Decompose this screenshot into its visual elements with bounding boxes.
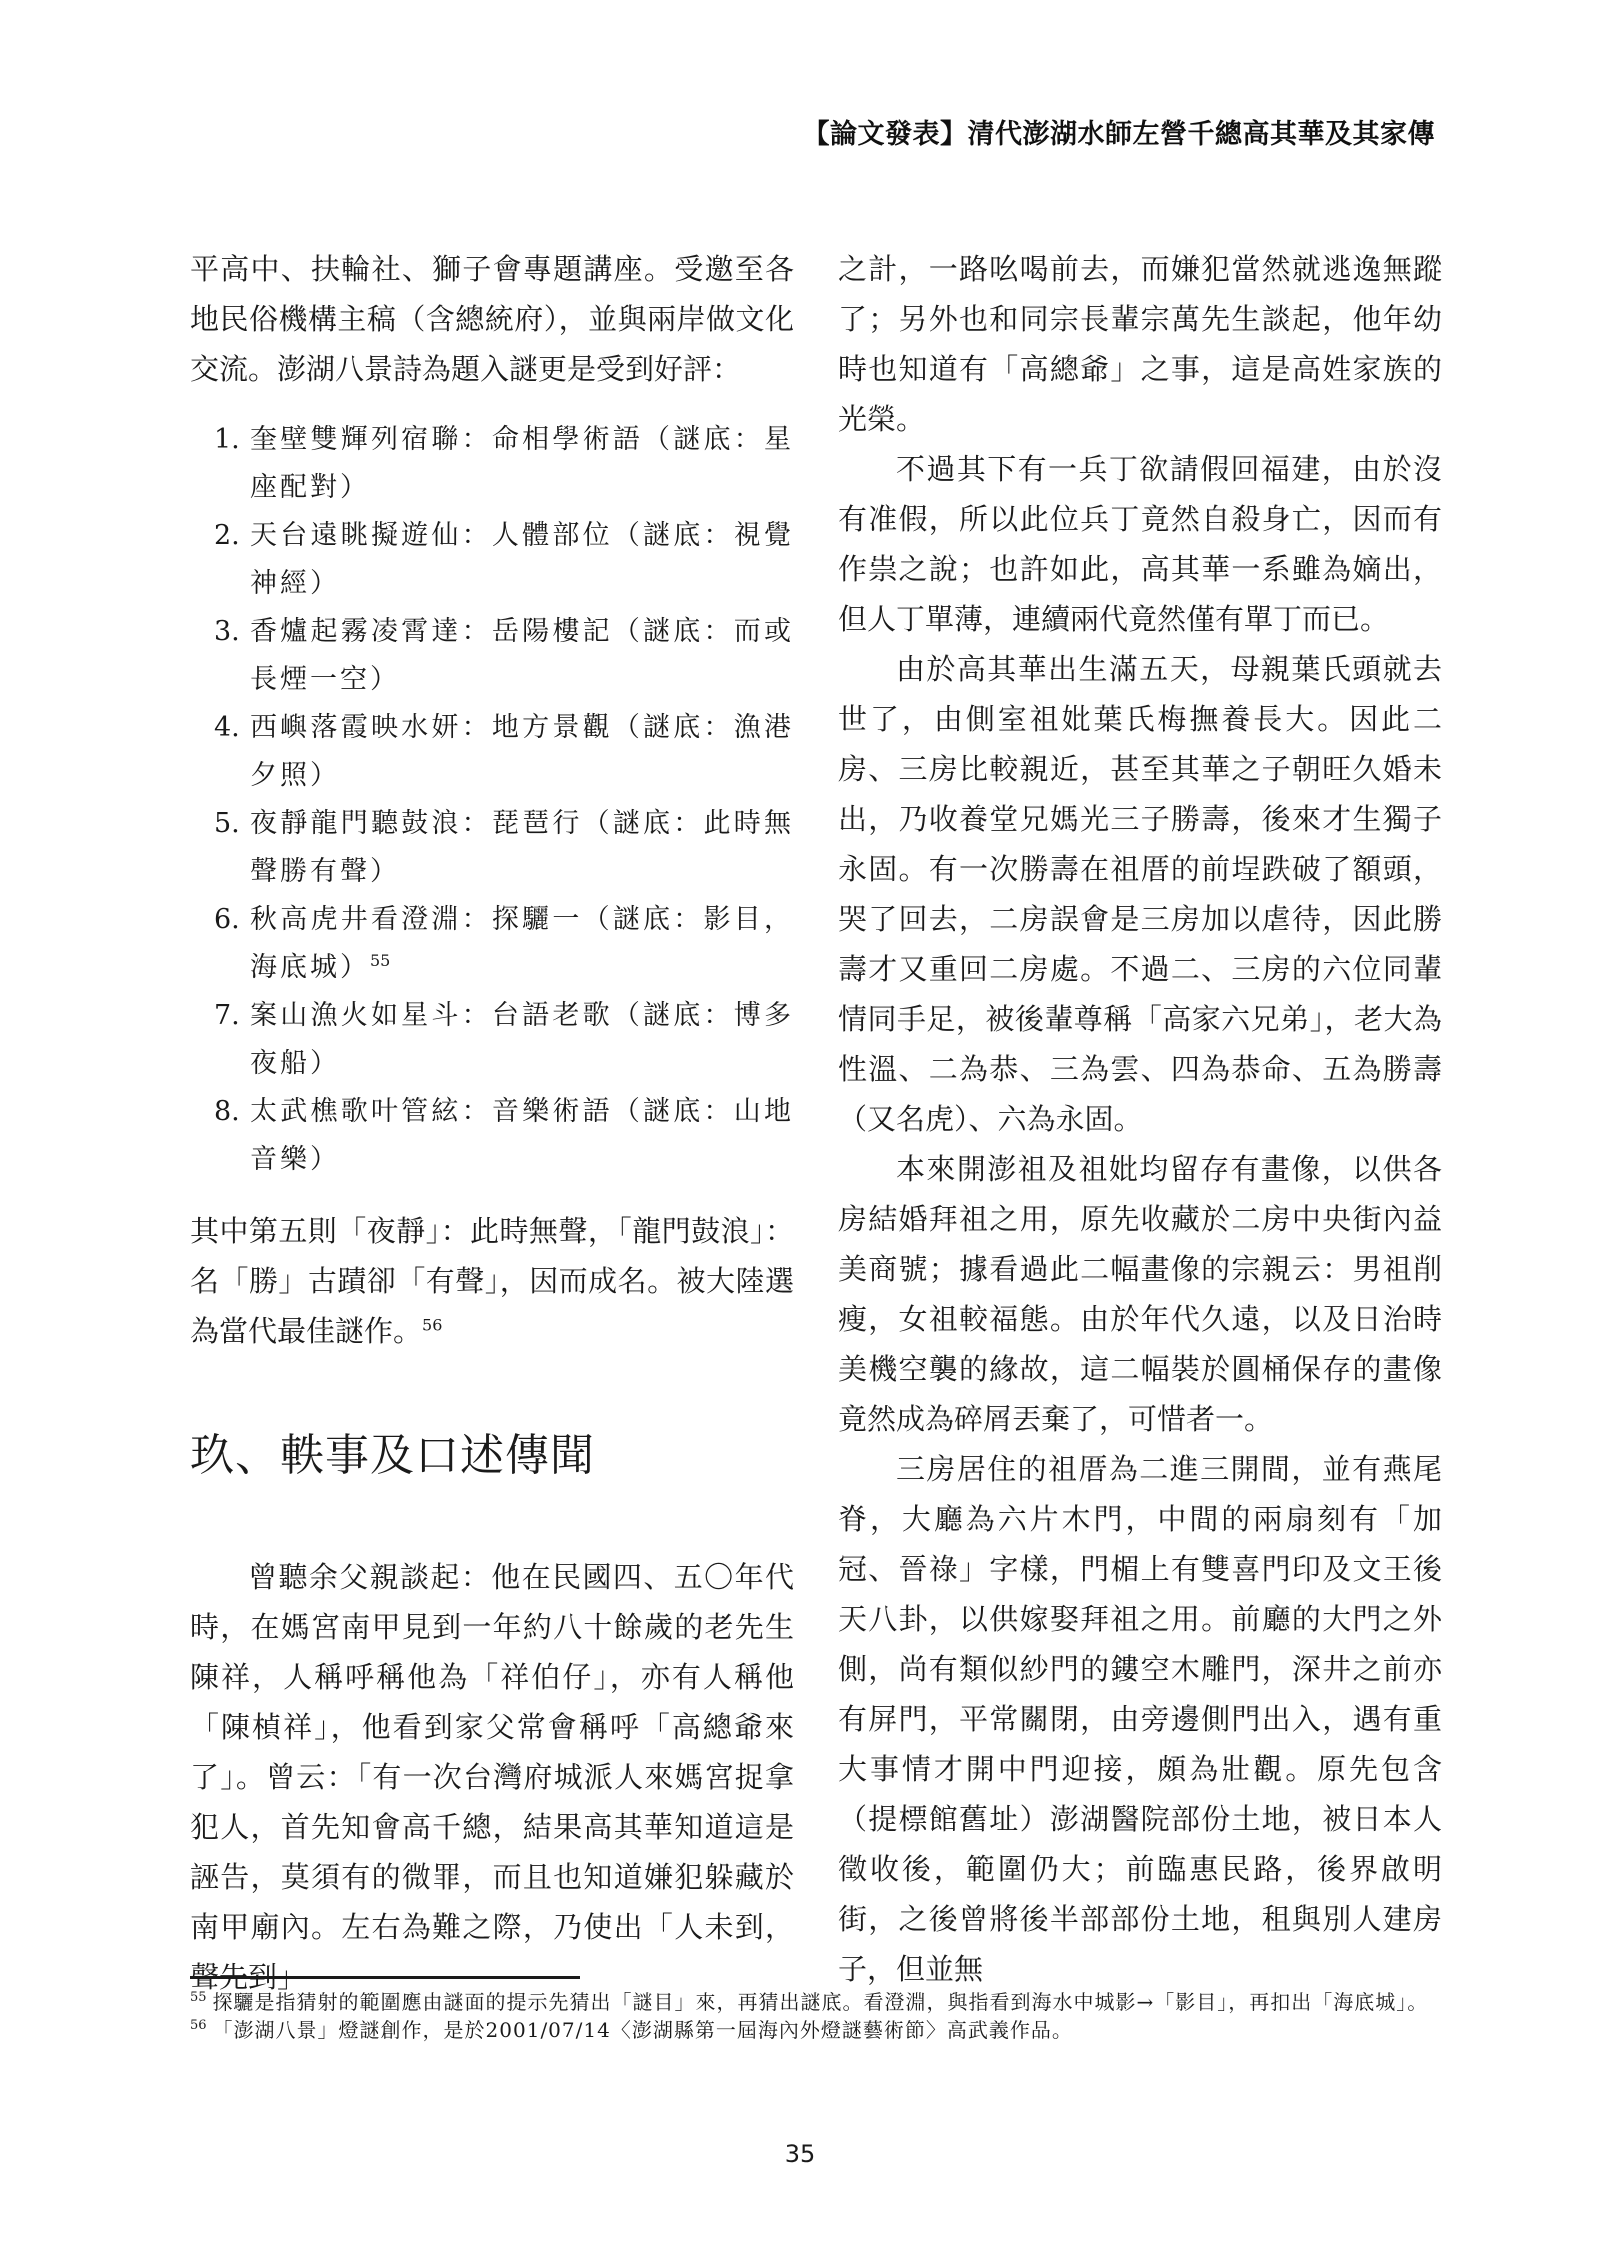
body-paragraph: 不過其下有一兵丁欲請假回福建，由於沒有准假，所以此位兵丁竟然自殺身亡，因而有作祟… bbox=[838, 444, 1442, 644]
footnotes: 55探驪是指猜射的範圍應由謎面的提示先猜出「謎目」來，再猜出謎底。看澄淵，與指看… bbox=[190, 1990, 1440, 2046]
footnote-number: 56 bbox=[190, 2018, 207, 2033]
footnote-56: 56「澎湖八景」燈謎創作，是於2001/07/14〈澎湖縣第一屆海內外燈謎藝術節… bbox=[190, 2018, 1440, 2042]
footnote-ref-56[interactable]: 56 bbox=[422, 1315, 442, 1334]
footnote-55: 55探驪是指猜射的範圍應由謎面的提示先猜出「謎目」來，再猜出謎底。看澄淵，與指看… bbox=[190, 1990, 1440, 2014]
body-paragraph: 本來開澎祖及祖妣均留存有畫像，以供各房結婚拜祖之用，原先收藏於二房中央街內益美商… bbox=[838, 1144, 1442, 1444]
riddle-number: 7. bbox=[214, 992, 240, 1040]
riddle-item: 1.奎壁雙輝列宿聯：命相學術語（謎底：星座配對） bbox=[190, 416, 794, 512]
footnote-text: 探驪是指猜射的範圍應由謎面的提示先猜出「謎目」來，再猜出謎底。看澄淵，與指看到海… bbox=[213, 1990, 1429, 2014]
riddle-text: 西嶼落霞映水妍：地方景觀（謎底：漁港夕照） bbox=[250, 712, 794, 791]
left-column: 平高中、扶輪社、獅子會專題講座。受邀至各地民俗機構主稿（含總統府），並與兩岸做文… bbox=[190, 244, 794, 2002]
riddle-list: 1.奎壁雙輝列宿聯：命相學術語（謎底：星座配對） 2.天台遠眺擬遊仙：人體部位（… bbox=[190, 416, 794, 1184]
body-paragraph: 三房居住的祖厝為二進三開間，並有燕尾脊，大廳為六片木門，中間的兩扇刻有「加冠、晉… bbox=[838, 1444, 1442, 1994]
riddle-item: 5.夜靜龍門聽鼓浪：琵琶行（謎底：此時無聲勝有聲） bbox=[190, 800, 794, 896]
page-number: 35 bbox=[0, 2140, 1600, 2168]
summary-text: 其中第五則「夜靜」：此時無聲，「龍門鼓浪」：名「勝」古蹟卻「有聲」，因而成名。被… bbox=[190, 1214, 794, 1348]
riddle-number: 6. bbox=[214, 896, 240, 944]
riddle-number: 3. bbox=[214, 608, 240, 656]
footnote-number: 55 bbox=[190, 1990, 207, 2005]
intro-paragraph: 平高中、扶輪社、獅子會專題講座。受邀至各地民俗機構主稿（含總統府），並與兩岸做文… bbox=[190, 244, 794, 394]
riddle-item: 3.香爐起霧凌霄達：岳陽樓記（謎底：而或長煙一空） bbox=[190, 608, 794, 704]
footnote-divider bbox=[190, 1976, 580, 1979]
footnote-ref-55[interactable]: 55 bbox=[370, 951, 390, 970]
right-column: 之計，一路吆喝前去，而嫌犯當然就逃逸無蹤了；另外也和同宗長輩宗萬先生談起，他年幼… bbox=[838, 244, 1442, 1994]
riddle-number: 8. bbox=[214, 1088, 240, 1136]
riddle-number: 2. bbox=[214, 512, 240, 560]
body-paragraph: 由於高其華出生滿五天，母親葉氏頭就去世了，由側室祖妣葉氏梅撫養長大。因此二房、三… bbox=[838, 644, 1442, 1144]
oral-history-paragraph: 曾聽余父親談起：他在民國四、五〇年代時，在媽宮南甲見到一年約八十餘歲的老先生陳祥… bbox=[190, 1552, 794, 2002]
riddle-item: 7.案山漁火如星斗：台語老歌（謎底：博多夜船） bbox=[190, 992, 794, 1088]
riddle-text: 天台遠眺擬遊仙：人體部位（謎底：視覺神經） bbox=[250, 520, 794, 599]
footnote-text: 「澎湖八景」燈謎創作，是於2001/07/14〈澎湖縣第一屆海內外燈謎藝術節〉高… bbox=[213, 2018, 1073, 2042]
riddle-text: 秋高虎井看澄淵：探驪一（謎底：影目，海底城） bbox=[250, 904, 794, 983]
riddle-item: 8.太武樵歌叶管絃：音樂術語（謎底：山地音樂） bbox=[190, 1088, 794, 1184]
riddle-item: 2.天台遠眺擬遊仙：人體部位（謎底：視覺神經） bbox=[190, 512, 794, 608]
riddle-item: 6.秋高虎井看澄淵：探驪一（謎底：影目，海底城）55 bbox=[190, 896, 794, 992]
section-heading: 玖、軼事及口述傳聞 bbox=[190, 1426, 794, 1486]
riddle-text: 香爐起霧凌霄達：岳陽樓記（謎底：而或長煙一空） bbox=[250, 616, 794, 695]
body-paragraph: 之計，一路吆喝前去，而嫌犯當然就逃逸無蹤了；另外也和同宗長輩宗萬先生談起，他年幼… bbox=[838, 244, 1442, 444]
riddle-item: 4.西嶼落霞映水妍：地方景觀（謎底：漁港夕照） bbox=[190, 704, 794, 800]
riddle-number: 4. bbox=[214, 704, 240, 752]
running-header-title: 【論文發表】清代澎湖水師左營千總高其華及其家傳 bbox=[803, 112, 1436, 151]
riddle-text: 太武樵歌叶管絃：音樂術語（謎底：山地音樂） bbox=[250, 1096, 794, 1175]
riddle-number: 5. bbox=[214, 800, 240, 848]
riddle-text: 奎壁雙輝列宿聯：命相學術語（謎底：星座配對） bbox=[250, 424, 794, 503]
riddle-text: 夜靜龍門聽鼓浪：琵琶行（謎底：此時無聲勝有聲） bbox=[250, 808, 794, 887]
summary-paragraph: 其中第五則「夜靜」：此時無聲，「龍門鼓浪」：名「勝」古蹟卻「有聲」，因而成名。被… bbox=[190, 1206, 794, 1356]
riddle-number: 1. bbox=[214, 416, 240, 464]
riddle-text: 案山漁火如星斗：台語老歌（謎底：博多夜船） bbox=[250, 1000, 794, 1079]
